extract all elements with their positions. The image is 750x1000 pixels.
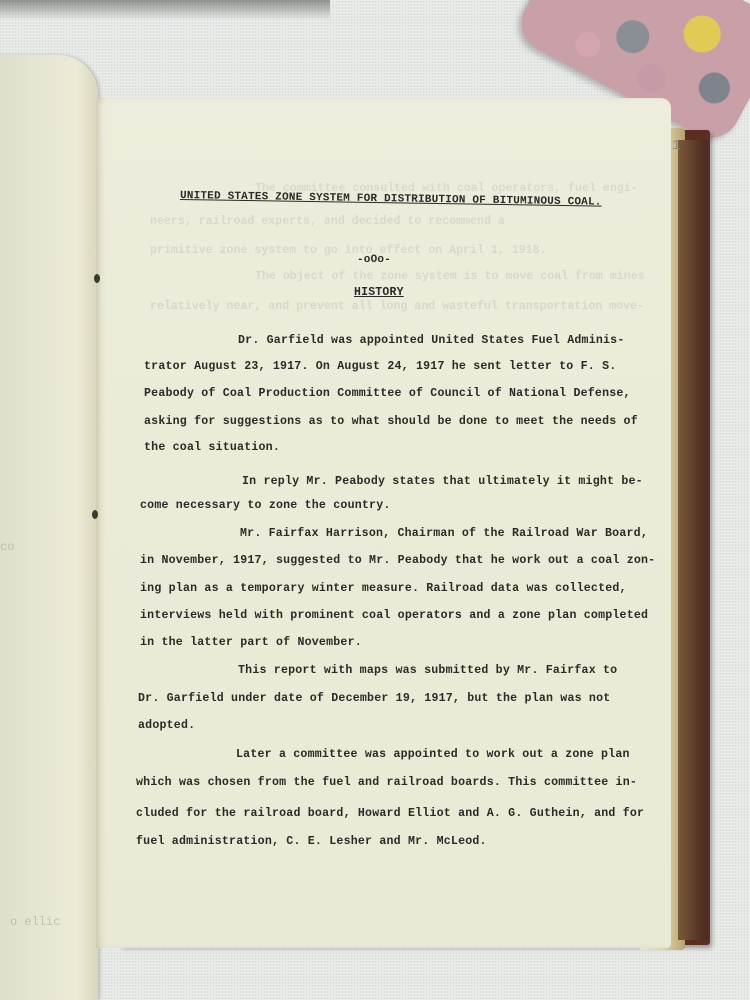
paragraph-line: trator August 23, 1917. On August 24, 19…: [144, 360, 616, 373]
paragraph-line: In reply Mr. Peabody states that ultimat…: [242, 475, 643, 488]
book-cover-edge: [678, 140, 708, 940]
paragraph-line: asking for suggestions as to what should…: [144, 415, 638, 428]
paragraph-line: Peabody of Coal Production Committee of …: [144, 387, 631, 400]
bleed-through-text: neers, railroad experts, and decided to …: [150, 215, 505, 228]
binding-hole: [92, 510, 98, 519]
paragraph-line: ing plan as a temporary winter measure. …: [140, 582, 627, 595]
paragraph-line: adopted.: [138, 719, 195, 732]
show-through-mark: o ellic: [10, 915, 60, 929]
left-page: co o ellic: [0, 55, 98, 1000]
paragraph-line: fuel administration, C. E. Lesher and Mr…: [136, 835, 487, 848]
binding-hole: [94, 274, 100, 283]
bleed-through-text: The object of the zone system is to move…: [255, 270, 645, 283]
paragraph-line: interviews held with prominent coal oper…: [140, 609, 648, 622]
paragraph-line: which was chosen from the fuel and railr…: [136, 776, 637, 789]
bleed-through-text: primitive zone system to go into effect …: [150, 244, 547, 257]
paragraph-line: in November, 1917, suggested to Mr. Peab…: [140, 554, 655, 567]
show-through-mark: co: [0, 540, 14, 554]
bleed-through-text: relatively near, and prevent all long an…: [150, 300, 644, 313]
background-shadow: [0, 0, 330, 20]
paragraph-line: Dr. Garfield under date of December 19, …: [138, 692, 610, 705]
section-heading: HISTORY: [354, 286, 404, 299]
paragraph-line: Dr. Garfield was appointed United States…: [238, 334, 625, 347]
paragraph-line: the coal situation.: [144, 441, 280, 454]
paragraph-line: cluded for the railroad board, Howard El…: [136, 807, 644, 820]
paragraph-line: Mr. Fairfax Harrison, Chairman of the Ra…: [240, 527, 648, 540]
paragraph-line: Later a committee was appointed to work …: [236, 748, 630, 761]
ornament-divider: -oOo-: [357, 254, 391, 266]
paragraph-line: come necessary to zone the country.: [140, 499, 391, 512]
paragraph-line: in the latter part of November.: [140, 636, 362, 649]
page-number: 1: [672, 138, 680, 154]
paragraph-line: This report with maps was submitted by M…: [238, 664, 617, 677]
